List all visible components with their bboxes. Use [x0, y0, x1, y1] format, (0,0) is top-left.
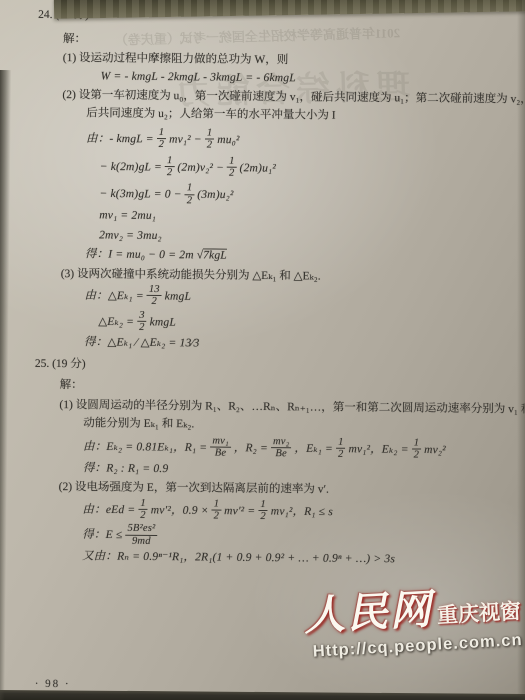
eq-segment: mv₁² − [169, 134, 202, 146]
eq-segment: 由：- kmgL = [86, 133, 154, 146]
fraction-denominator: 2 [185, 195, 195, 206]
eq-segment: ，R₂ = [234, 442, 268, 454]
p24-part2-text-line2: 后共同速度为 u₂；人给第一车的水平冲量大小为 I [2, 105, 525, 126]
eq-segment: 得：E ≤ [82, 529, 122, 541]
fraction-numerator: 13 [147, 284, 162, 296]
eq-segment: 由：△Eₖ₁ = [84, 290, 143, 303]
eq-segment: mv₁²，Eₖ₂ = [348, 443, 408, 456]
eq-segment: kmgL [150, 316, 176, 328]
fraction-denominator: 9md [125, 535, 157, 547]
watermark: 人民网 重庆视窗 Http://cq.people.com.cn [302, 571, 523, 662]
fraction-13-2: 132 [147, 284, 162, 308]
p24-ratio-result: 得：△Eₖ₁ ∕ △Eₖ₂ = 13∕3 [0, 335, 525, 356]
fraction-one-half: 12 [227, 155, 237, 179]
eq-segment: kmgL [165, 291, 191, 303]
watermark-logo-row: 人民网 重庆视窗 [302, 571, 522, 642]
p25-series-equation: 又由：Rₙ = 0.9ⁿ⁻¹R₁，2R₁(1 + 0.9 + 0.9² + … … [0, 548, 523, 569]
fraction-denominator: 2 [212, 511, 222, 522]
fraction-3-2: 32 [137, 310, 147, 334]
p24-equation-energy-1: 由：- kmgL =12mv₁² −12mu₀² [2, 127, 525, 156]
fraction-one-half: 12 [258, 499, 268, 523]
p24-energy-loss-2: △Eₖ₂ =32kmgL [0, 309, 525, 338]
p25-part1-text-line2: 动能分别为 Eₖ₁ 和 Eₖ₂. [0, 415, 524, 436]
fraction-denominator: 2 [336, 449, 346, 460]
solution-label-24: 解： [3, 31, 525, 52]
fraction-one-half: 12 [205, 128, 215, 152]
problem-25-number: 25. (19 分) [0, 356, 525, 377]
eq-segment: mv₁²，R₁ ≤ s [271, 505, 333, 518]
fraction-one-half: 12 [336, 437, 346, 461]
fraction-field-limit: 5B²es²9md [125, 523, 157, 547]
eq-segment: mv₂² [424, 444, 446, 456]
fraction-mv2-Be: mv₂Be [271, 436, 292, 460]
p24-momentum-equation-1: mv₁ = 2mu₁ [1, 208, 525, 229]
fraction-numerator: 1 [258, 499, 268, 511]
eq-segment: (3m)u₂² [197, 189, 233, 201]
eq-segment: mv′²，0.9 × [151, 504, 209, 517]
fraction-one-half: 12 [165, 155, 175, 179]
fraction-denominator: Be [210, 448, 231, 460]
eq-segment: 由：Eₖ₂ = 0.81Eₖ₁，R₁ = [83, 441, 207, 454]
fraction-denominator: 2 [147, 296, 162, 307]
p24-equation-energy-3: − k(3m)gL = 0 −12(3m)u₂² [1, 182, 525, 211]
eq-segment: (2m)u₁² [240, 162, 276, 174]
fraction-denominator: 2 [258, 511, 268, 522]
watermark-edition-label: 重庆视窗 [436, 595, 522, 630]
fraction-numerator: 1 [212, 498, 222, 510]
eq-segment: − k(3m)gL = 0 − [99, 188, 181, 201]
fraction-denominator: 2 [138, 510, 148, 521]
eq-segment: 得：I = mu₀ − 0 = 2m [85, 248, 194, 261]
fraction-denominator: Be [271, 448, 292, 460]
fraction-denominator: 2 [227, 168, 237, 179]
p24-part1-equation: W = - kmgL - 2kmgL - 3kmgL = - 6kmgL [3, 68, 525, 89]
fraction-numerator: mv₁ [210, 436, 231, 449]
fraction-numerator: 1 [157, 127, 167, 139]
eq-segment: △Eₖ₂ = [98, 316, 134, 328]
fraction-numerator: 1 [138, 498, 148, 510]
eq-segment: mv′² = [224, 505, 255, 517]
eq-segment: 由：eEd = [82, 503, 135, 516]
fraction-denominator: 2 [205, 140, 215, 151]
p24-energy-loss-1: 由：△Eₖ₁ =132kmgL [0, 284, 525, 313]
fraction-one-half: 12 [138, 498, 148, 522]
eq-segment: ，Eₖ₁ = [294, 443, 333, 455]
fraction-numerator: 5B²es² [125, 523, 157, 536]
problem-24: 24. (18 分) 解： (1) 设运动过程中摩擦阻力做的总功为 W，则 W … [0, 7, 525, 355]
fraction-numerator: 3 [137, 310, 147, 322]
fraction-denominator: 2 [137, 322, 147, 333]
eq-segment: − k(2m)gL = [100, 161, 162, 174]
p25-field-result: 得：E ≤5B²es²9md [0, 523, 523, 552]
eq-segment: mu₀² [217, 134, 239, 146]
fraction-numerator: 1 [205, 128, 215, 140]
solution-label-25: 解： [0, 378, 525, 399]
fraction-one-half: 12 [157, 127, 167, 151]
fraction-numerator: mv₂ [271, 436, 292, 449]
problem-25: 25. (19 分) 解： (1) 设圆周运动的半径分别为 R₁、R₂、…Rₙ、… [0, 356, 525, 569]
eq-segment: (2m)v₂² − [177, 161, 224, 173]
p25-field-equations: 由：eEd =12mv′²，0.9 ×12mv′² =12mv₁²，R₁ ≤ s [0, 497, 524, 526]
fraction-one-half: 12 [212, 498, 222, 522]
p25-radius-equations: 由：Eₖ₂ = 0.81Eₖ₁，R₁ =mv₁Be，R₂ =mv₂Be，Eₖ₁ … [0, 434, 524, 463]
p24-impulse-result: 得：I = mu₀ − 0 = 2m √7kgL [1, 247, 525, 268]
sqrt-radicand: 7kgL [203, 249, 227, 262]
fraction-denominator: 2 [157, 139, 167, 150]
fraction-denominator: 2 [165, 167, 175, 178]
fraction-one-half: 12 [412, 437, 422, 461]
fraction-numerator: 1 [412, 437, 422, 449]
fraction-mv1-Be: mv₁Be [210, 436, 231, 460]
fraction-numerator: 1 [185, 183, 195, 195]
p24-equation-energy-2: − k(2m)gL =12(2m)v₂² −12(2m)u₁² [2, 154, 525, 183]
p25-radius-ratio-result: 得：R₂ : R₁ = 0.9 [0, 460, 524, 481]
fraction-numerator: 1 [336, 437, 346, 449]
fraction-numerator: 1 [227, 155, 237, 167]
people-net-logo: 人民网 [302, 576, 434, 642]
fraction-denominator: 2 [412, 450, 422, 461]
page-number: · 98 · [35, 678, 71, 690]
fraction-numerator: 1 [165, 155, 175, 167]
scanned-exam-page-photo: 2011年普通高等学校招生全国统一考试（重庆卷） 理科综合能力 24. (18 … [0, 0, 525, 700]
fraction-one-half: 12 [185, 183, 195, 207]
p24-momentum-equation-2: 2mv₂ = 3mu₂ [1, 227, 525, 248]
